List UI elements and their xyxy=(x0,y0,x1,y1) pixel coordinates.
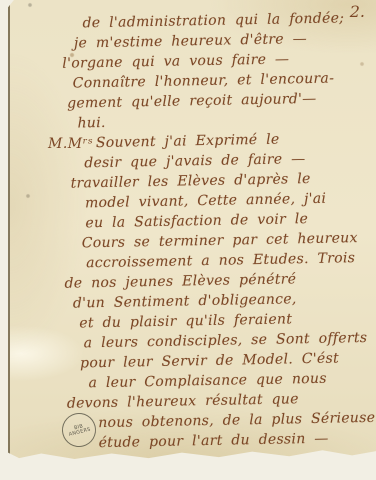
stamp-text: BIB ANGERS xyxy=(67,423,91,438)
library-stamp-icon: BIB ANGERS xyxy=(62,413,96,447)
stamp-ring: BIB ANGERS xyxy=(58,409,99,450)
scanned-page: 2. M.Mʳˢ de l'administration qui la fond… xyxy=(0,0,376,480)
manuscript-paper: 2. M.Mʳˢ de l'administration qui la fond… xyxy=(8,0,376,459)
manuscript-text: de l'administration qui la fondée;je m'e… xyxy=(5,8,376,455)
